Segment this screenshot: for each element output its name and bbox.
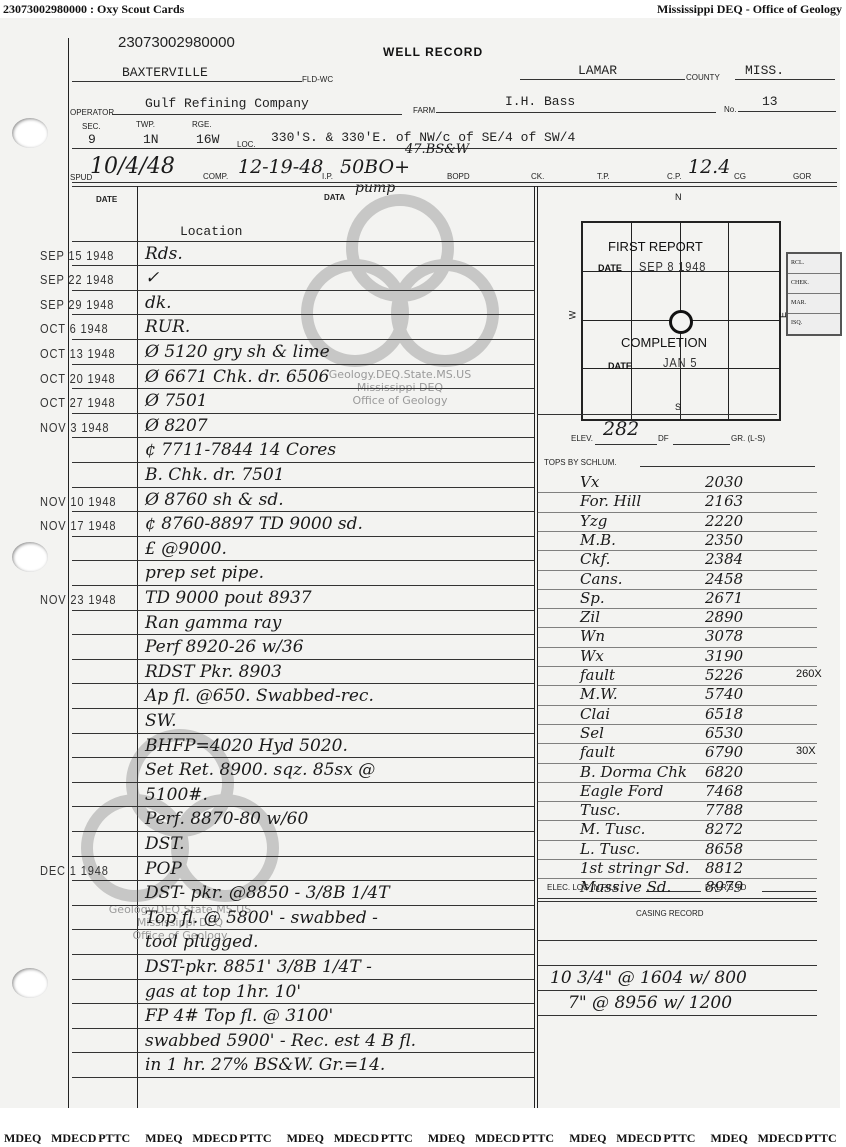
log-text: £ @9000. <box>145 539 227 559</box>
log-date: SEP 22 1948 <box>40 272 114 287</box>
log-date: OCT 6 1948 <box>40 321 109 336</box>
formation-name: Zil <box>580 608 600 626</box>
row-divider <box>72 1077 534 1078</box>
footer-org-label: MDECD <box>334 1131 379 1146</box>
cp-value: 12.4 <box>688 156 730 178</box>
formation-depth: 2030 <box>705 473 743 491</box>
farm-label: FARM <box>413 106 435 115</box>
row-divider <box>537 840 817 841</box>
formation-depth: 6518 <box>705 705 743 723</box>
field-value: BAXTERVILLE <box>122 65 208 80</box>
row-divider <box>537 589 817 590</box>
log-text: Ø 6671 Chk. dr. 6506 <box>145 367 329 387</box>
row-divider <box>72 560 534 561</box>
casing-entry: 10 3/4" @ 1604 w/ 800 <box>550 968 747 988</box>
fault-throw-note: 260X <box>796 668 822 680</box>
formation-name: M.W. <box>580 685 618 703</box>
api-number: 23073002980000 <box>118 34 235 51</box>
formation-name: Yzg <box>580 512 607 530</box>
ip-bsw: 47.BS&W <box>405 142 469 157</box>
footer-org-label: PTTC <box>240 1131 272 1146</box>
formation-name: Clai <box>580 705 610 723</box>
completion-date-label: DATE <box>608 361 632 371</box>
row-divider <box>72 314 534 315</box>
sec-value: 9 <box>88 132 96 147</box>
field-label: FLD-WC <box>302 75 333 84</box>
row-divider <box>537 782 817 783</box>
row-divider <box>537 820 817 821</box>
row-divider <box>72 806 534 807</box>
row-divider <box>72 585 534 586</box>
row-divider <box>537 724 817 725</box>
formation-depth: 2671 <box>705 589 743 607</box>
left-border <box>68 38 69 1108</box>
check-rcl: RCL. <box>788 254 840 274</box>
row-divider <box>72 1052 534 1053</box>
log-text: ¢ 8760-8897 TD 9000 sd. <box>145 514 363 534</box>
log-date: DEC 1 1948 <box>40 863 109 878</box>
formation-name: B. Dorma Chk <box>580 763 687 781</box>
footer-org-label: PTTC <box>522 1131 554 1146</box>
row-divider <box>72 610 534 611</box>
row-divider <box>72 929 534 930</box>
log-date: OCT 13 1948 <box>40 346 115 361</box>
formation-depth: 7468 <box>705 782 743 800</box>
formation-name: Vx <box>580 473 599 491</box>
log-date: OCT 27 1948 <box>40 395 115 410</box>
row-divider <box>72 536 534 537</box>
formation-name: 1st stringr Sd. <box>580 859 690 877</box>
cg-label: CG <box>734 172 746 181</box>
operator-label: OPERATOR <box>70 108 114 117</box>
row-divider <box>537 898 817 899</box>
row-divider <box>72 782 534 783</box>
log-text: DST-pkr. 8851' 3/8B 1/4T - <box>145 957 372 977</box>
ck-label: CK. <box>531 172 544 181</box>
first-report-date-label: DATE <box>598 263 622 273</box>
spud-label: SPUD <box>70 173 92 182</box>
row-divider <box>537 705 817 706</box>
formation-depth: 2384 <box>705 550 743 568</box>
footer-org-label: MDEQ <box>145 1131 182 1146</box>
df-label: DF <box>658 434 669 443</box>
formation-name: Wn <box>580 627 605 645</box>
formation-name: L. Tusc. <box>580 840 640 858</box>
fault-throw-note: 30X <box>796 745 816 757</box>
formation-name: fault <box>580 743 615 761</box>
log-date: NOV 10 1948 <box>40 494 116 509</box>
row-divider <box>72 290 534 291</box>
footer-org-label: PTTC <box>98 1131 130 1146</box>
operator-value: Gulf Refining Company <box>145 96 309 111</box>
footer-org-label: MDEQ <box>287 1131 324 1146</box>
formation-depth: 5740 <box>705 685 743 703</box>
log-date: OCT 20 1948 <box>40 371 115 386</box>
formation-depth: 5226 <box>705 666 743 684</box>
footer-org-label: MDECD <box>758 1131 803 1146</box>
row-divider <box>72 979 534 980</box>
formation-depth: 6790 <box>705 743 743 761</box>
formation-depth: 3078 <box>705 627 743 645</box>
log-text: Ø 8207 <box>145 416 208 436</box>
log-text: tool plugged. <box>145 932 259 952</box>
log-date: SEP 29 1948 <box>40 297 114 312</box>
tops-label: TOPS BY SCHLUM. <box>544 458 617 467</box>
row-divider <box>72 1028 534 1029</box>
log-text: Perf. 8870-80 w/60 <box>145 809 308 829</box>
row-divider <box>72 265 534 266</box>
log-text: ¢ 7711-7844 14 Cores <box>145 440 336 460</box>
row-divider <box>537 627 817 628</box>
log-text: BHFP=4020 Hyd 5020. <box>145 736 348 756</box>
formation-depth: 8979 <box>705 878 743 896</box>
date-column-header: DATE <box>96 195 117 204</box>
formation-name: Ckf. <box>580 550 610 568</box>
formation-name: Tusc. <box>580 801 621 819</box>
punch-hole-icon <box>12 118 48 148</box>
formation-name: fault <box>580 666 615 684</box>
row-divider <box>537 801 817 802</box>
footer-org-label: MDEQ <box>4 1131 41 1146</box>
map-north: N <box>675 192 682 202</box>
elev-value: 282 <box>603 418 639 440</box>
footer-org-label: MDECD <box>616 1131 661 1146</box>
watermark-line: Office of Geology <box>300 394 500 407</box>
casing-record-label: CASING RECORD <box>636 909 704 918</box>
row-divider <box>72 388 534 389</box>
row-divider <box>72 954 534 955</box>
county-label: COUNTY <box>686 73 720 82</box>
row-divider <box>537 492 817 493</box>
twp-value: 1N <box>143 132 159 147</box>
footer-org-label: MDEQ <box>711 1131 748 1146</box>
footer-org-label: MDECD <box>51 1131 96 1146</box>
log-text: Perf 8920-26 w/36 <box>145 637 304 657</box>
log-text: Ran gamma ray <box>145 613 281 633</box>
map-west: W <box>567 311 577 320</box>
row-divider <box>72 683 534 684</box>
row-divider <box>72 462 534 463</box>
log-text: Set Ret. 8900. sqz. 85sx @ <box>145 760 375 780</box>
log-text: ✓ <box>145 268 159 288</box>
punch-hole-icon <box>12 968 48 998</box>
formation-depth: 2350 <box>705 531 743 549</box>
log-date: SEP 15 1948 <box>40 248 114 263</box>
footer-org-label: MDECD <box>475 1131 520 1146</box>
formation-depth: 7788 <box>705 801 743 819</box>
log-text: Ø 8760 sh & sd. <box>145 490 284 510</box>
map-south: S <box>675 402 681 412</box>
row-divider <box>72 708 534 709</box>
bopd-label: BOPD <box>447 172 470 181</box>
comp-value: 12-19-48 <box>238 156 323 178</box>
log-date: NOV 23 1948 <box>40 592 116 607</box>
formation-name: For. Hill <box>580 492 641 510</box>
formation-name: M. Tusc. <box>580 820 645 838</box>
log-text: prep set pipe. <box>145 563 264 583</box>
well-location-icon <box>669 310 693 334</box>
gor-label: GOR <box>793 172 811 181</box>
completion-label: COMPLETION <box>621 335 707 350</box>
log-text: Ø 5120 gry sh & lime <box>145 342 330 362</box>
farm-value: I.H. Bass <box>505 94 575 109</box>
county-value: LAMAR <box>578 63 617 78</box>
log-text: Rds. <box>145 244 183 264</box>
log-text: TD 9000 pout 8937 <box>145 588 312 608</box>
row-divider <box>72 511 534 512</box>
publisher-title: Mississippi DEQ - Office of Geology <box>657 2 842 17</box>
rge-label: RGE. <box>192 120 212 129</box>
form-title: WELL RECORD <box>383 45 483 59</box>
footer-org-label: PTTC <box>663 1131 695 1146</box>
location-plat: FIRST REPORT DATE SEP 8 1948 COMPLETION … <box>581 221 781 421</box>
log-text: Ø 7501 <box>145 391 208 411</box>
log-date: NOV 3 1948 <box>40 420 109 435</box>
footer-org-label: MDECD <box>192 1131 237 1146</box>
check-mar: MAR. <box>788 294 840 314</box>
log-text: B. Chk. dr. 7501 <box>145 465 285 485</box>
first-report-date: SEP 8 1948 <box>639 259 706 274</box>
elev-label: ELEV. <box>571 434 593 443</box>
ip-value: 50BO+ <box>340 156 410 178</box>
row-divider <box>537 550 817 551</box>
log-text: RUR. <box>145 317 190 337</box>
formation-depth: 6530 <box>705 724 743 742</box>
row-divider <box>72 634 534 635</box>
check-isq: ISQ. <box>788 314 840 333</box>
log-text: gas at top 1hr. 10' <box>145 982 301 1002</box>
row-divider <box>537 531 817 532</box>
row-divider <box>72 905 534 906</box>
footer-org-label: MDEQ <box>569 1131 606 1146</box>
row-divider <box>72 880 534 881</box>
formation-name: Wx <box>580 647 604 665</box>
log-text: DST. <box>145 834 185 854</box>
punch-hole-icon <box>12 542 48 572</box>
state-value: MISS. <box>745 63 784 78</box>
formation-depth: 8812 <box>705 859 743 877</box>
formation-depth: 2163 <box>705 492 743 510</box>
location-heading: Location <box>180 224 242 239</box>
row-divider <box>537 608 817 609</box>
check-chek: CHEK. <box>788 274 840 294</box>
log-text: DST- pkr. @8850 - 3/8B 1/4T <box>145 883 390 903</box>
row-divider <box>537 666 817 667</box>
well-no-label: No. <box>724 105 736 114</box>
document-title: 23073002980000 : Oxy Scout Cards <box>3 2 184 17</box>
row-divider <box>72 413 534 414</box>
row-divider <box>537 743 817 744</box>
twp-label: TWP. <box>136 120 155 129</box>
log-text: 5100#. <box>145 785 208 805</box>
formation-name: Massive Sd. <box>580 878 671 896</box>
formation-depth: 2458 <box>705 570 743 588</box>
formation-depth: 8272 <box>705 820 743 838</box>
footer-org-label: PTTC <box>805 1131 837 1146</box>
row-divider <box>72 487 534 488</box>
formation-depth: 6820 <box>705 763 743 781</box>
log-text: RDST Pkr. 8903 <box>145 662 282 682</box>
gr-label: GR. (L-S) <box>731 434 765 443</box>
row-divider <box>537 647 817 648</box>
log-text: dk. <box>145 293 172 313</box>
formation-depth: 2890 <box>705 608 743 626</box>
formation-name: M.B. <box>580 531 616 549</box>
row-divider <box>72 757 534 758</box>
formation-depth: 8658 <box>705 840 743 858</box>
first-report-label: FIRST REPORT <box>608 239 703 254</box>
formation-depth: 3190 <box>705 647 743 665</box>
row-divider <box>72 831 534 832</box>
checker-initials-box: RCL. CHEK. MAR. ISQ. <box>786 252 842 336</box>
row-divider <box>72 241 534 242</box>
row-divider <box>72 856 534 857</box>
row-divider <box>537 512 817 513</box>
tp-label: T.P. <box>597 172 610 181</box>
formation-name: Cans. <box>580 570 623 588</box>
rge-value: 16W <box>196 132 219 147</box>
scout-card: 23073002980000 WELL RECORD BAXTERVILLE F… <box>0 18 840 1108</box>
cp-label: C.P. <box>667 172 682 181</box>
log-text: SW. <box>145 711 177 731</box>
spud-value: 10/4/48 <box>90 154 175 179</box>
well-no-value: 13 <box>762 94 778 109</box>
casing-entry: 7" @ 8956 w/ 1200 <box>568 993 732 1013</box>
log-date: NOV 17 1948 <box>40 518 116 533</box>
log-text: POP <box>145 859 182 879</box>
watermark-line: Geology.DEQ.State.MS.US <box>300 368 500 381</box>
footer-banner: MDEQMDECDPTTCMDEQMDECDPTTCMDEQMDECDPTTCM… <box>0 1129 846 1147</box>
row-divider <box>72 733 534 734</box>
row-divider <box>72 659 534 660</box>
log-text: in 1 hr. 27% BS&W. Gr.=14. <box>145 1055 385 1075</box>
log-text: Ap fl. @650. Swabbed-rec. <box>145 686 374 706</box>
footer-org-label: MDEQ <box>428 1131 465 1146</box>
row-divider <box>72 1003 534 1004</box>
page-header: 23073002980000 : Oxy Scout Cards Mississ… <box>0 0 846 18</box>
formation-name: Eagle Ford <box>580 782 663 800</box>
formation-name: Sp. <box>580 589 605 607</box>
row-divider <box>537 570 817 571</box>
formation-depth: 2220 <box>705 512 743 530</box>
row-divider <box>72 437 534 438</box>
formation-name: Sel <box>580 724 604 742</box>
log-text: swabbed 5900' - Rec. est 4 B fl. <box>145 1031 416 1051</box>
comp-label: COMP. <box>203 172 228 181</box>
completion-date: JAN 5 <box>663 355 697 370</box>
row-divider <box>537 878 817 879</box>
row-divider <box>72 339 534 340</box>
log-text: Top fl. @ 5800' - swabbed - <box>145 908 378 928</box>
log-text: FP 4# Top fl. @ 3100' <box>145 1006 333 1026</box>
row-divider <box>72 364 534 365</box>
sec-label: SEC. <box>82 122 101 131</box>
ip-label: I.P. <box>322 172 333 181</box>
footer-org-label: PTTC <box>381 1131 413 1146</box>
row-divider <box>537 685 817 686</box>
